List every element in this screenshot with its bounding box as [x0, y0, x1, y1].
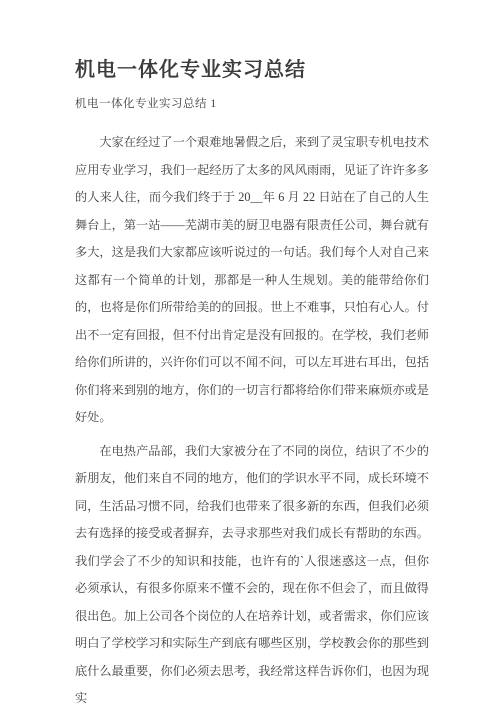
- document-subtitle: 机电一体化专业实习总结 1: [75, 95, 429, 113]
- document-title: 机电一体化专业实习总结: [75, 55, 429, 85]
- document-body: 大家在经过了一个艰难地暑假之后，来到了灵宝职专机电技术应用专业学习，我们一起经历…: [75, 129, 429, 707]
- document-page: 机电一体化专业实习总结 机电一体化专业实习总结 1 大家在经过了一个艰难地暑假之…: [0, 0, 500, 707]
- paragraph: 大家在经过了一个艰难地暑假之后，来到了灵宝职专机电技术应用专业学习，我们一起经历…: [75, 129, 429, 432]
- paragraph: 在电热产品部，我们大家被分在了不同的岗位，结识了不少的新朋友，他们来自不同的地方…: [75, 438, 429, 707]
